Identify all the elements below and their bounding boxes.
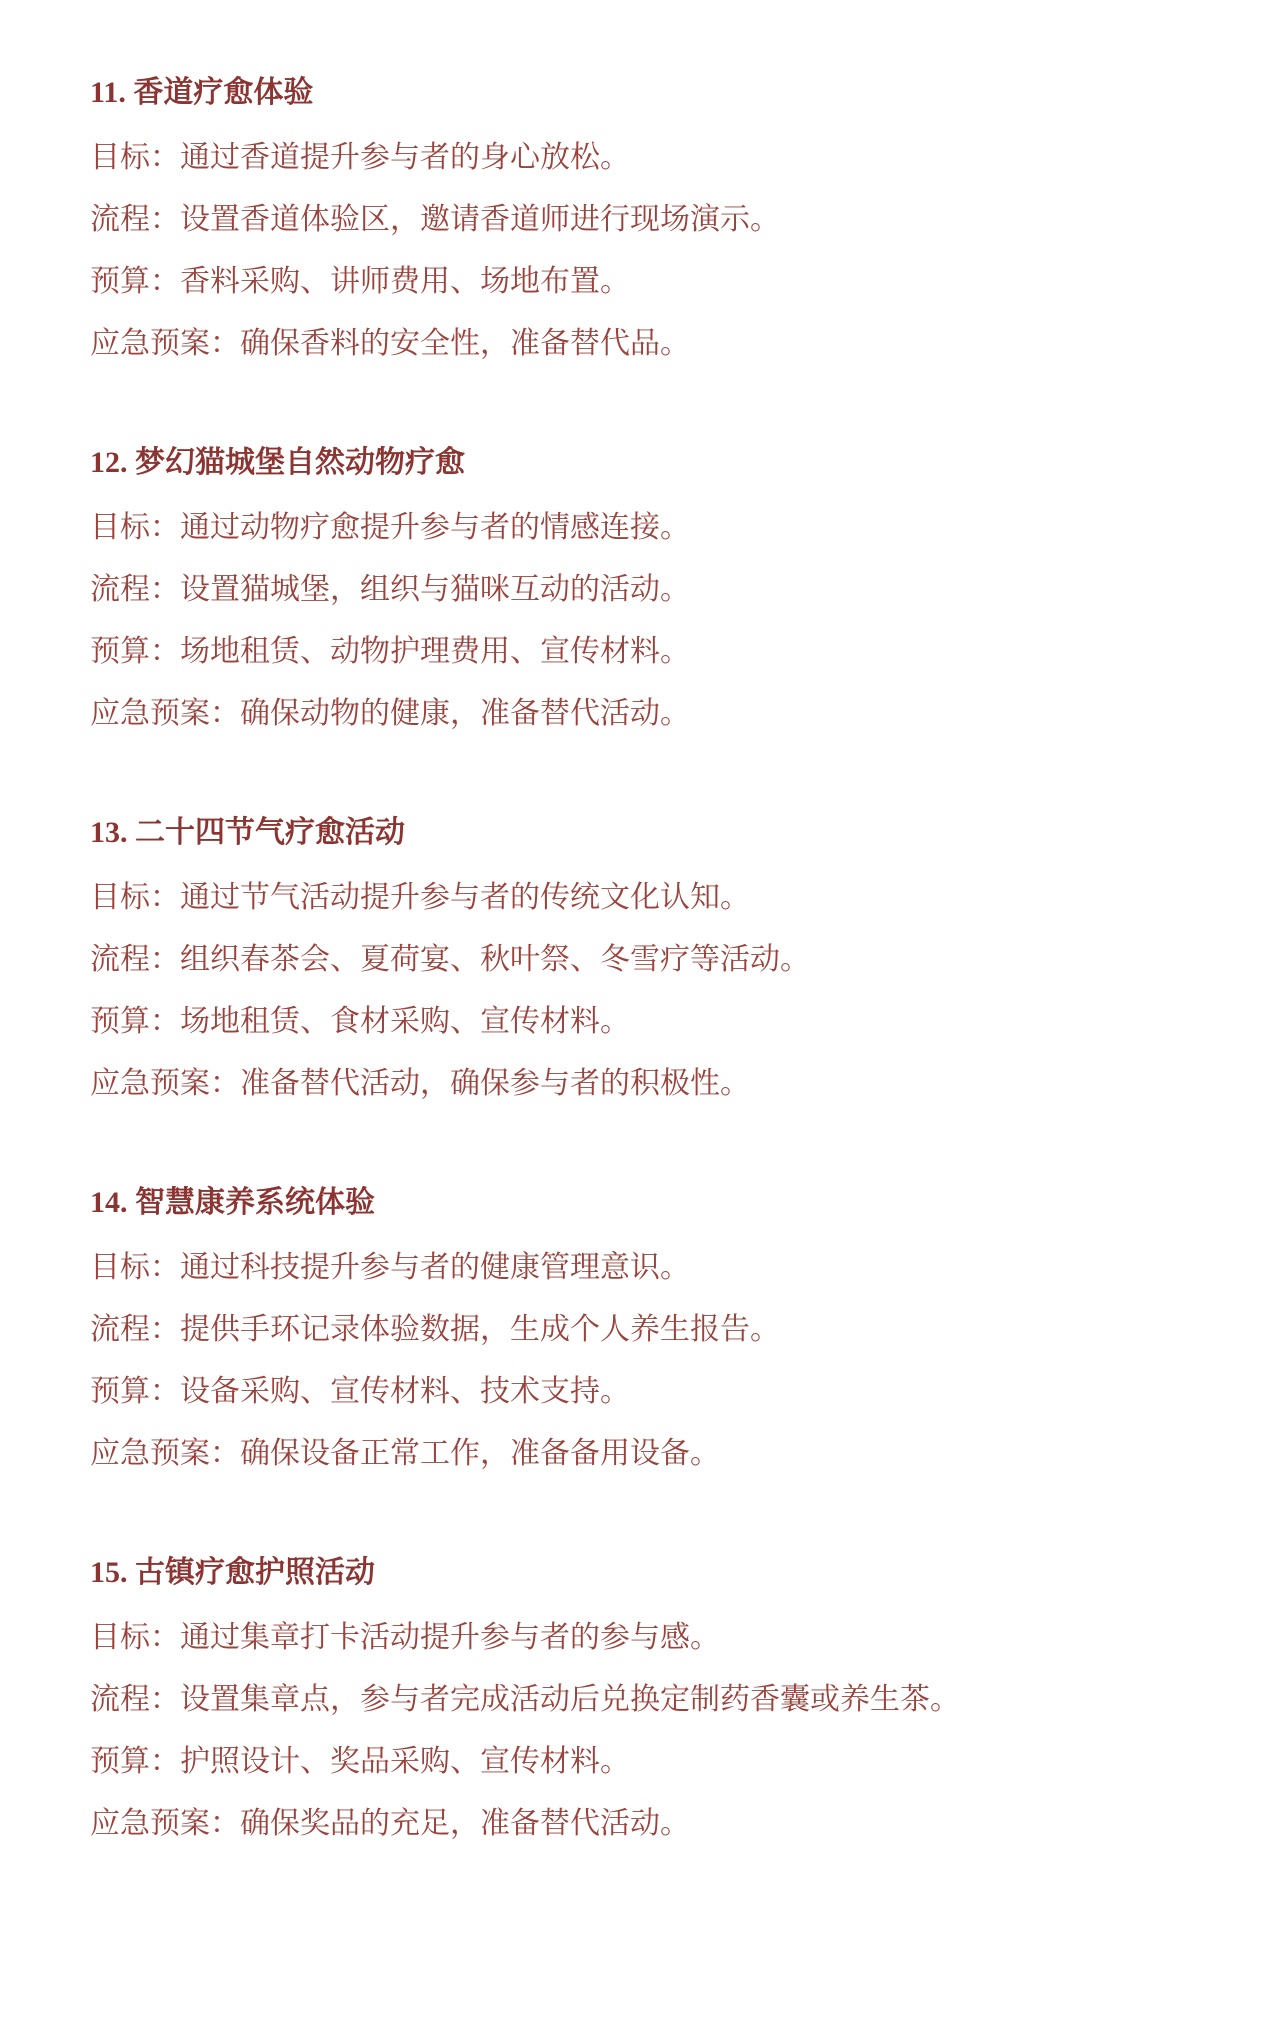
section-heading: 12. 梦幻猫城堡自然动物疗愈: [90, 448, 1195, 478]
goal-line: 目标：通过集章打卡活动提升参与者的参与感。: [90, 1623, 1195, 1653]
section-heading: 11. 香道疗愈体验: [90, 78, 1195, 108]
process-line: 流程：设置猫城堡，组织与猫咪互动的活动。: [90, 575, 1195, 605]
plan-section-12: 12. 梦幻猫城堡自然动物疗愈 目标：通过动物疗愈提升参与者的情感连接。 流程：…: [90, 448, 1195, 729]
section-heading: 13. 二十四节气疗愈活动: [90, 818, 1195, 848]
process-line: 流程：提供手环记录体验数据，生成个人养生报告。: [90, 1315, 1195, 1345]
plan-section-13: 13. 二十四节气疗愈活动 目标：通过节气活动提升参与者的传统文化认知。 流程：…: [90, 818, 1195, 1099]
plan-section-14: 14. 智慧康养系统体验 目标：通过科技提升参与者的健康管理意识。 流程：提供手…: [90, 1188, 1195, 1469]
process-line: 流程：组织春茶会、夏荷宴、秋叶祭、冬雪疗等活动。: [90, 945, 1195, 975]
goal-line: 目标：通过科技提升参与者的健康管理意识。: [90, 1253, 1195, 1283]
budget-line: 预算：香料采购、讲师费用、场地布置。: [90, 267, 1195, 297]
budget-line: 预算：场地租赁、食材采购、宣传材料。: [90, 1007, 1195, 1037]
contingency-line: 应急预案：确保奖品的充足，准备替代活动。: [90, 1809, 1195, 1839]
budget-line: 预算：场地租赁、动物护理费用、宣传材料。: [90, 637, 1195, 667]
plan-section-15: 15. 古镇疗愈护照活动 目标：通过集章打卡活动提升参与者的参与感。 流程：设置…: [90, 1558, 1195, 1839]
process-line: 流程：设置集章点，参与者完成活动后兑换定制药香囊或养生茶。: [90, 1685, 1195, 1715]
plan-section-11: 11. 香道疗愈体验 目标：通过香道提升参与者的身心放松。 流程：设置香道体验区…: [90, 78, 1195, 359]
contingency-line: 应急预案：确保设备正常工作，准备备用设备。: [90, 1439, 1195, 1469]
section-heading: 15. 古镇疗愈护照活动: [90, 1558, 1195, 1588]
goal-line: 目标：通过动物疗愈提升参与者的情感连接。: [90, 513, 1195, 543]
section-heading: 14. 智慧康养系统体验: [90, 1188, 1195, 1218]
budget-line: 预算：设备采购、宣传材料、技术支持。: [90, 1377, 1195, 1407]
contingency-line: 应急预案：准备替代活动，确保参与者的积极性。: [90, 1069, 1195, 1099]
process-line: 流程：设置香道体验区，邀请香道师进行现场演示。: [90, 205, 1195, 235]
goal-line: 目标：通过香道提升参与者的身心放松。: [90, 143, 1195, 173]
contingency-line: 应急预案：确保香料的安全性，准备替代品。: [90, 329, 1195, 359]
contingency-line: 应急预案：确保动物的健康，准备替代活动。: [90, 699, 1195, 729]
document-page: 11. 香道疗愈体验 目标：通过香道提升参与者的身心放松。 流程：设置香道体验区…: [0, 0, 1285, 2018]
goal-line: 目标：通过节气活动提升参与者的传统文化认知。: [90, 883, 1195, 913]
budget-line: 预算：护照设计、奖品采购、宣传材料。: [90, 1747, 1195, 1777]
